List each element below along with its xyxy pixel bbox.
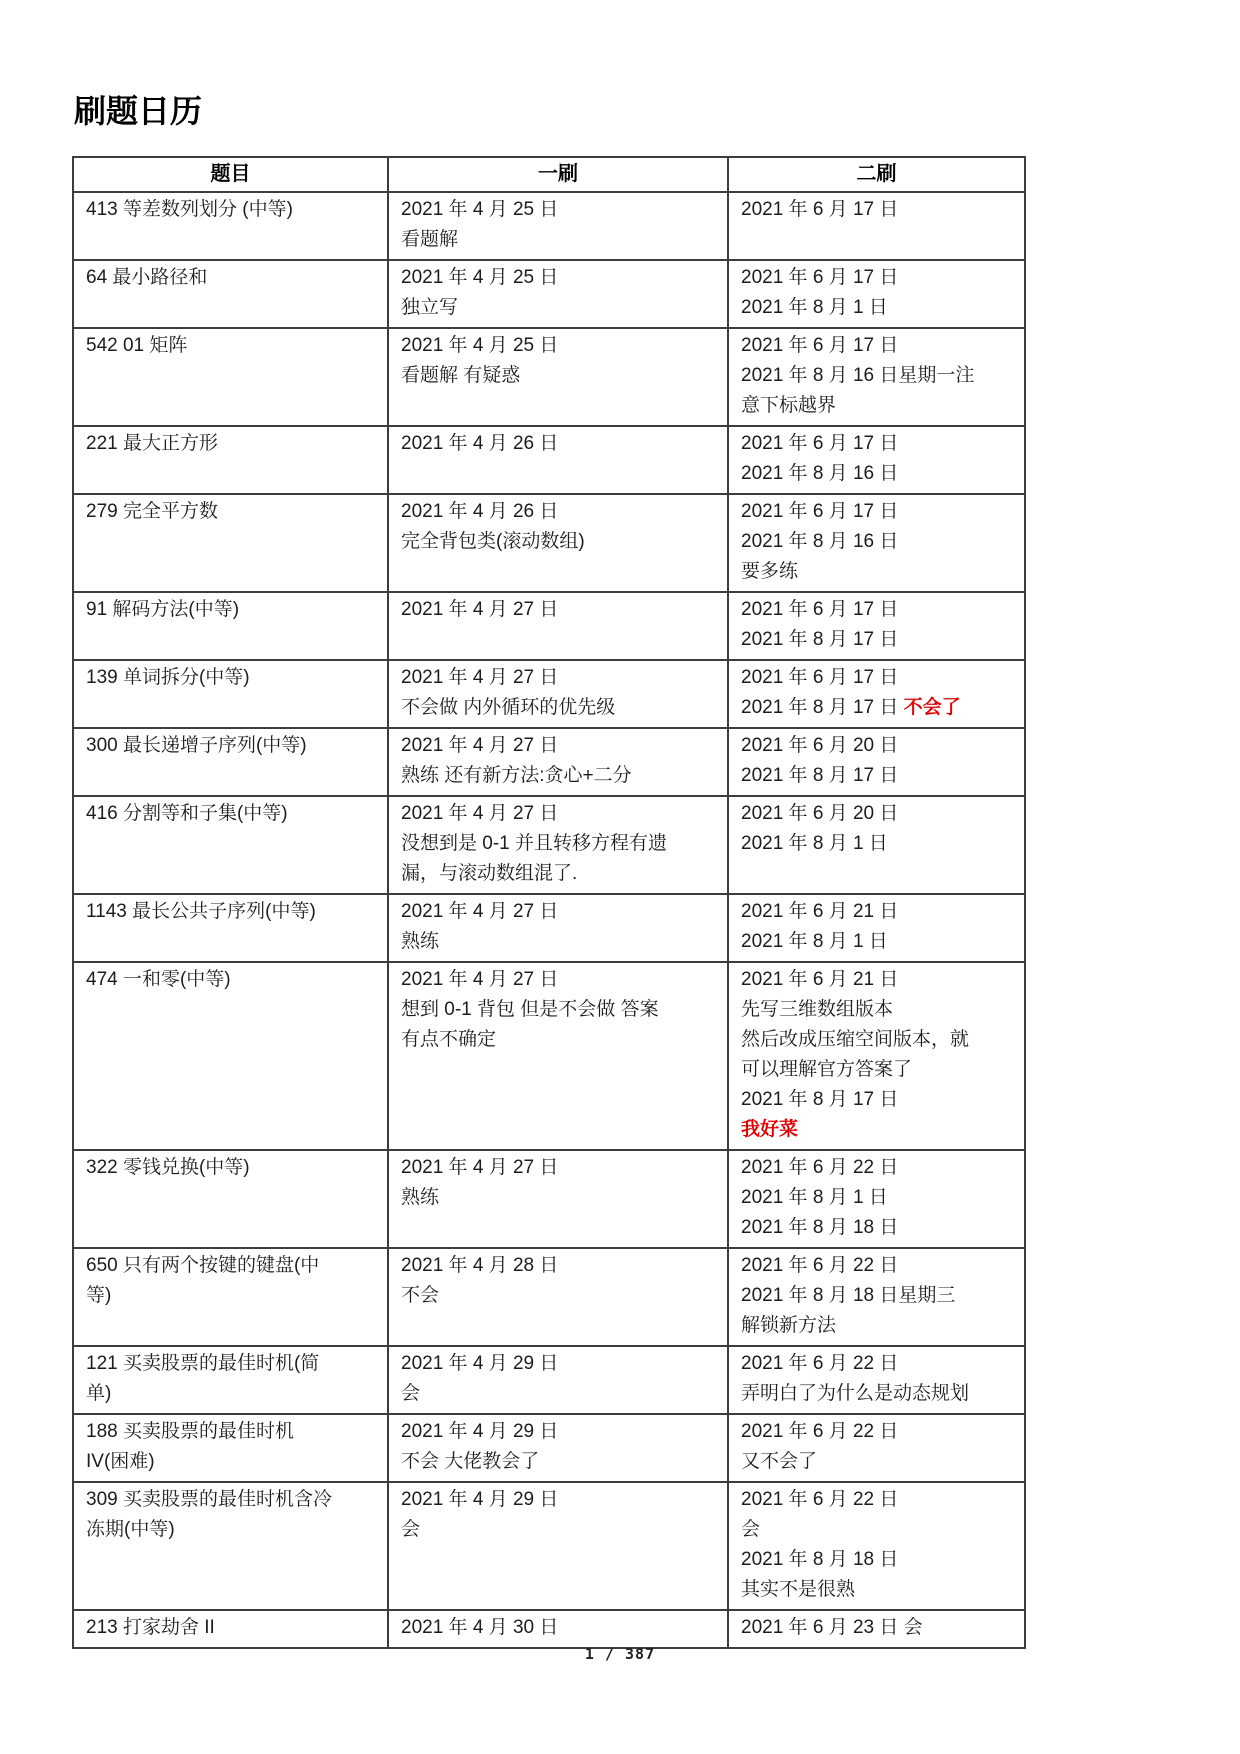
table-row: 91 解码方法(中等)2021 年 4 月 27 日2021 年 6 月 17 … (73, 592, 1025, 660)
table-row: 121 买卖股票的最佳时机(简单)2021 年 4 月 29 日会2021 年 … (73, 1346, 1025, 1414)
cell-text: 其实不是很熟 (741, 1579, 855, 1600)
cell-text: 2021 年 8 月 17 日 (741, 765, 898, 786)
cell-line: 2021 年 8 月 16 日 (741, 459, 1016, 489)
topic-cell: 91 解码方法(中等) (73, 592, 388, 660)
page-number: 1 / 387 (0, 1645, 1240, 1663)
cell-text: 解锁新方法 (741, 1315, 836, 1336)
cell-text: 熟练 (401, 1187, 439, 1208)
second-pass-cell: 2021 年 6 月 22 日会2021 年 8 月 18 日其实不是很熟 (728, 1482, 1025, 1610)
cell-text: IV(困难) (86, 1451, 155, 1472)
cell-line: 2021 年 8 月 17 日 (741, 1085, 1016, 1115)
cell-line: 独立写 (401, 293, 719, 323)
cell-line: 熟练 (401, 1183, 719, 1213)
cell-text: 2021 年 6 月 17 日 (741, 599, 898, 620)
highlight-text: 我好菜 (741, 1119, 798, 1140)
cell-text: 不会做 内外循环的优先级 (401, 697, 615, 718)
cell-line: 2021 年 4 月 28 日 (401, 1251, 719, 1281)
cell-text: 650 只有两个按键的键盘(中 (86, 1255, 319, 1276)
cell-text: 188 买卖股票的最佳时机 (86, 1421, 294, 1442)
page-title: 刷题日历 (74, 86, 1240, 132)
cell-text: 2021 年 6 月 17 日 (741, 267, 898, 288)
cell-text: 91 解码方法(中等) (86, 599, 239, 620)
cell-line: 看题解 (401, 225, 719, 255)
cell-line: 2021 年 4 月 27 日 (401, 897, 719, 927)
cell-line: 2021 年 4 月 27 日 (401, 663, 719, 693)
cell-text: 2021 年 4 月 26 日 (401, 433, 558, 454)
cell-text: 221 最大正方形 (86, 433, 218, 454)
table-row: 322 零钱兑换(中等)2021 年 4 月 27 日熟练2021 年 6 月 … (73, 1150, 1025, 1248)
cell-text: 有点不确定 (401, 1029, 496, 1050)
cell-text: 2021 年 8 月 16 日 (741, 463, 898, 484)
cell-line: 会 (401, 1515, 719, 1545)
cell-text: 2021 年 4 月 27 日 (401, 735, 558, 756)
topic-cell: 300 最长递增子序列(中等) (73, 728, 388, 796)
cell-line: 2021 年 8 月 17 日 (741, 625, 1016, 655)
table-row: 309 买卖股票的最佳时机含冷冻期(中等)2021 年 4 月 29 日会202… (73, 1482, 1025, 1610)
cell-text: 不会 (401, 1285, 439, 1306)
cell-line: 2021 年 6 月 17 日 (741, 497, 1016, 527)
cell-line: 2021 年 8 月 1 日 (741, 927, 1016, 957)
column-header-topic: 题目 (73, 157, 388, 192)
table-row: 139 单词拆分(中等)2021 年 4 月 27 日不会做 内外循环的优先级2… (73, 660, 1025, 728)
cell-text: 2021 年 4 月 30 日 (401, 1617, 558, 1638)
first-pass-cell: 2021 年 4 月 27 日熟练 (388, 894, 728, 962)
second-pass-cell: 2021 年 6 月 17 日 (728, 192, 1025, 260)
table-row: 188 买卖股票的最佳时机IV(困难)2021 年 4 月 29 日不会 大佬教… (73, 1414, 1025, 1482)
cell-text: 看题解 有疑惑 (401, 365, 520, 386)
cell-line: 213 打家劫舍 II (86, 1613, 379, 1643)
cell-line: 2021 年 8 月 17 日 (741, 761, 1016, 791)
cell-line: 2021 年 6 月 22 日 (741, 1349, 1016, 1379)
topic-cell: 1143 最长公共子序列(中等) (73, 894, 388, 962)
cell-text: 474 一和零(中等) (86, 969, 231, 990)
second-pass-cell: 2021 年 6 月 21 日先写三维数组版本然后改成压缩空间版本，就可以理解官… (728, 962, 1025, 1150)
cell-line: 2021 年 4 月 25 日 (401, 195, 719, 225)
cell-text: 1143 最长公共子序列(中等) (86, 901, 316, 922)
cell-line: 有点不确定 (401, 1025, 719, 1055)
cell-text: 300 最长递增子序列(中等) (86, 735, 307, 756)
cell-text: 等) (86, 1285, 111, 1306)
cell-line: 413 等差数列划分 (中等) (86, 195, 379, 225)
table-row: 416 分割等和子集(中等)2021 年 4 月 27 日没想到是 0-1 并且… (73, 796, 1025, 894)
cell-text: 2021 年 4 月 27 日 (401, 969, 558, 990)
first-pass-cell: 2021 年 4 月 26 日 (388, 426, 728, 494)
second-pass-cell: 2021 年 6 月 23 日 会 (728, 1610, 1025, 1648)
cell-text: 2021 年 6 月 17 日 (741, 501, 898, 522)
cell-text: 2021 年 8 月 16 日 (741, 531, 898, 552)
first-pass-cell: 2021 年 4 月 27 日熟练 还有新方法:贪心+二分 (388, 728, 728, 796)
first-pass-cell: 2021 年 4 月 26 日完全背包类(滚动数组) (388, 494, 728, 592)
topic-cell: 64 最小路径和 (73, 260, 388, 328)
cell-text: 会 (401, 1383, 420, 1404)
cell-line: 322 零钱兑换(中等) (86, 1153, 379, 1183)
cell-line: 416 分割等和子集(中等) (86, 799, 379, 829)
second-pass-cell: 2021 年 6 月 17 日2021 年 8 月 17 日 不会了 (728, 660, 1025, 728)
cell-line: 要多练 (741, 557, 1016, 587)
cell-text: 2021 年 4 月 26 日 (401, 501, 558, 522)
cell-line: 2021 年 6 月 17 日 (741, 331, 1016, 361)
second-pass-cell: 2021 年 6 月 22 日弄明白了为什么是动态规划 (728, 1346, 1025, 1414)
cell-text: 2021 年 8 月 1 日 (741, 833, 888, 854)
cell-line: 2021 年 6 月 17 日 (741, 263, 1016, 293)
cell-text: 2021 年 6 月 17 日 (741, 667, 898, 688)
cell-line: 等) (86, 1281, 379, 1311)
table-header-row: 题目 一刷 二刷 (73, 157, 1025, 192)
cell-text: 2021 年 4 月 28 日 (401, 1255, 558, 1276)
cell-line: 意下标越界 (741, 391, 1016, 421)
first-pass-cell: 2021 年 4 月 25 日独立写 (388, 260, 728, 328)
cell-line: 我好菜 (741, 1115, 1016, 1145)
cell-line: 2021 年 6 月 17 日 (741, 195, 1016, 225)
cell-text: 弄明白了为什么是动态规划 (741, 1383, 969, 1404)
cell-text: 2021 年 6 月 20 日 (741, 803, 898, 824)
cell-text: 漏，与滚动数组混了. (401, 863, 577, 884)
cell-text: 2021 年 6 月 22 日 (741, 1157, 898, 1178)
cell-line: 熟练 还有新方法:贪心+二分 (401, 761, 719, 791)
cell-text: 279 完全平方数 (86, 501, 218, 522)
cell-line: 不会做 内外循环的优先级 (401, 693, 719, 723)
cell-line: 279 完全平方数 (86, 497, 379, 527)
cell-text: 64 最小路径和 (86, 267, 207, 288)
cell-line: 2021 年 4 月 27 日 (401, 731, 719, 761)
second-pass-cell: 2021 年 6 月 22 日2021 年 8 月 1 日2021 年 8 月 … (728, 1150, 1025, 1248)
review-calendar-table: 题目 一刷 二刷 413 等差数列划分 (中等)2021 年 4 月 25 日看… (72, 156, 1026, 1649)
first-pass-cell: 2021 年 4 月 27 日 (388, 592, 728, 660)
cell-line: 2021 年 4 月 29 日 (401, 1349, 719, 1379)
cell-line: 2021 年 8 月 18 日星期三 (741, 1281, 1016, 1311)
cell-text: 熟练 还有新方法:贪心+二分 (401, 765, 632, 786)
topic-cell: 121 买卖股票的最佳时机(简单) (73, 1346, 388, 1414)
cell-text: 完全背包类(滚动数组) (401, 531, 585, 552)
topic-cell: 213 打家劫舍 II (73, 1610, 388, 1648)
topic-cell: 416 分割等和子集(中等) (73, 796, 388, 894)
cell-line: 2021 年 6 月 22 日 (741, 1251, 1016, 1281)
cell-text: 2021 年 8 月 18 日 (741, 1217, 898, 1238)
cell-text: 2021 年 4 月 27 日 (401, 667, 558, 688)
cell-line: 2021 年 6 月 22 日 (741, 1417, 1016, 1447)
cell-text: 2021 年 8 月 1 日 (741, 1187, 888, 1208)
first-pass-cell: 2021 年 4 月 27 日没想到是 0-1 并且转移方程有遗漏，与滚动数组混… (388, 796, 728, 894)
first-pass-cell: 2021 年 4 月 27 日想到 0-1 背包 但是不会做 答案有点不确定 (388, 962, 728, 1150)
cell-text: 熟练 (401, 931, 439, 952)
second-pass-cell: 2021 年 6 月 22 日又不会了 (728, 1414, 1025, 1482)
cell-line: 309 买卖股票的最佳时机含冷 (86, 1485, 379, 1515)
cell-line: 冻期(中等) (86, 1515, 379, 1545)
first-pass-cell: 2021 年 4 月 30 日 (388, 1610, 728, 1648)
cell-text: 会 (741, 1519, 760, 1540)
cell-line: 2021 年 8 月 18 日 (741, 1213, 1016, 1243)
cell-text: 2021 年 8 月 17 日 (741, 629, 898, 650)
table-row: 300 最长递增子序列(中等)2021 年 4 月 27 日熟练 还有新方法:贪… (73, 728, 1025, 796)
cell-line: 188 买卖股票的最佳时机 (86, 1417, 379, 1447)
cell-text: 要多练 (741, 561, 798, 582)
cell-line: 没想到是 0-1 并且转移方程有遗 (401, 829, 719, 859)
topic-cell: 139 单词拆分(中等) (73, 660, 388, 728)
cell-line: 会 (401, 1379, 719, 1409)
table-row: 650 只有两个按键的键盘(中等)2021 年 4 月 28 日不会2021 年… (73, 1248, 1025, 1346)
cell-text: 2021 年 6 月 23 日 会 (741, 1617, 923, 1638)
cell-text: 2021 年 6 月 22 日 (741, 1421, 898, 1442)
first-pass-cell: 2021 年 4 月 29 日会 (388, 1482, 728, 1610)
cell-line: 650 只有两个按键的键盘(中 (86, 1251, 379, 1281)
cell-line: 2021 年 6 月 23 日 会 (741, 1613, 1016, 1643)
cell-line: 2021 年 8 月 1 日 (741, 293, 1016, 323)
first-pass-cell: 2021 年 4 月 27 日熟练 (388, 1150, 728, 1248)
cell-line: 121 买卖股票的最佳时机(简 (86, 1349, 379, 1379)
topic-cell: 413 等差数列划分 (中等) (73, 192, 388, 260)
cell-text: 542 01 矩阵 (86, 335, 187, 356)
cell-line: 2021 年 6 月 20 日 (741, 799, 1016, 829)
cell-line: 139 单词拆分(中等) (86, 663, 379, 693)
second-pass-cell: 2021 年 6 月 22 日2021 年 8 月 18 日星期三解锁新方法 (728, 1248, 1025, 1346)
cell-text: 独立写 (401, 297, 458, 318)
topic-cell: 221 最大正方形 (73, 426, 388, 494)
column-header-first-pass: 一刷 (388, 157, 728, 192)
cell-line: 91 解码方法(中等) (86, 595, 379, 625)
cell-line: 2021 年 4 月 25 日 (401, 263, 719, 293)
first-pass-cell: 2021 年 4 月 29 日不会 大佬教会了 (388, 1414, 728, 1482)
cell-text: 想到 0-1 背包 但是不会做 答案 (401, 999, 659, 1020)
topic-cell: 309 买卖股票的最佳时机含冷冻期(中等) (73, 1482, 388, 1610)
cell-text: 2021 年 4 月 27 日 (401, 901, 558, 922)
cell-text: 309 买卖股票的最佳时机含冷 (86, 1489, 332, 1510)
cell-line: 不会 (401, 1281, 719, 1311)
cell-text: 然后改成压缩空间版本，就 (741, 1029, 969, 1050)
topic-cell: 542 01 矩阵 (73, 328, 388, 426)
cell-line: 542 01 矩阵 (86, 331, 379, 361)
cell-text: 121 买卖股票的最佳时机(简 (86, 1353, 319, 1374)
table-row: 1143 最长公共子序列(中等)2021 年 4 月 27 日熟练2021 年 … (73, 894, 1025, 962)
cell-text: 2021 年 4 月 29 日 (401, 1421, 558, 1442)
cell-line: 2021 年 6 月 17 日 (741, 663, 1016, 693)
cell-line: 2021 年 8 月 18 日 (741, 1545, 1016, 1575)
cell-text: 2021 年 8 月 1 日 (741, 297, 888, 318)
cell-text: 2021 年 6 月 17 日 (741, 199, 898, 220)
cell-line: 2021 年 8 月 16 日 (741, 527, 1016, 557)
topic-cell: 279 完全平方数 (73, 494, 388, 592)
cell-text: 139 单词拆分(中等) (86, 667, 250, 688)
cell-line: 解锁新方法 (741, 1311, 1016, 1341)
first-pass-cell: 2021 年 4 月 25 日看题解 (388, 192, 728, 260)
cell-text: 意下标越界 (741, 395, 836, 416)
cell-text: 2021 年 6 月 20 日 (741, 735, 898, 756)
first-pass-cell: 2021 年 4 月 25 日看题解 有疑惑 (388, 328, 728, 426)
second-pass-cell: 2021 年 6 月 17 日2021 年 8 月 16 日星期一注意下标越界 (728, 328, 1025, 426)
cell-line: 2021 年 8 月 1 日 (741, 829, 1016, 859)
cell-line: 2021 年 4 月 27 日 (401, 595, 719, 625)
cell-line: 221 最大正方形 (86, 429, 379, 459)
column-header-second-pass: 二刷 (728, 157, 1025, 192)
cell-text: 单) (86, 1383, 111, 1404)
cell-text: 2021 年 6 月 22 日 (741, 1489, 898, 1510)
cell-text: 2021 年 8 月 18 日 (741, 1549, 898, 1570)
cell-text: 没想到是 0-1 并且转移方程有遗 (401, 833, 667, 854)
cell-line: 2021 年 4 月 29 日 (401, 1485, 719, 1515)
cell-text: 413 等差数列划分 (中等) (86, 199, 293, 220)
cell-text: 2021 年 8 月 1 日 (741, 931, 888, 952)
table-row: 542 01 矩阵2021 年 4 月 25 日看题解 有疑惑2021 年 6 … (73, 328, 1025, 426)
cell-text: 213 打家劫舍 II (86, 1617, 215, 1638)
cell-text: 会 (401, 1519, 420, 1540)
cell-line: 2021 年 6 月 22 日 (741, 1153, 1016, 1183)
second-pass-cell: 2021 年 6 月 17 日2021 年 8 月 16 日 (728, 426, 1025, 494)
topic-cell: 474 一和零(中等) (73, 962, 388, 1150)
second-pass-cell: 2021 年 6 月 17 日2021 年 8 月 16 日要多练 (728, 494, 1025, 592)
cell-text: 2021 年 6 月 22 日 (741, 1353, 898, 1374)
cell-line: 474 一和零(中等) (86, 965, 379, 995)
cell-line: 2021 年 4 月 30 日 (401, 1613, 719, 1643)
cell-text: 322 零钱兑换(中等) (86, 1157, 250, 1178)
first-pass-cell: 2021 年 4 月 29 日会 (388, 1346, 728, 1414)
cell-line: 2021 年 4 月 27 日 (401, 965, 719, 995)
cell-text: 2021 年 8 月 18 日星期三 (741, 1285, 955, 1306)
second-pass-cell: 2021 年 6 月 20 日2021 年 8 月 1 日 (728, 796, 1025, 894)
cell-text: 又不会了 (741, 1451, 817, 1472)
cell-text: 2021 年 6 月 21 日 (741, 901, 898, 922)
cell-line: 2021 年 6 月 22 日 (741, 1485, 1016, 1515)
cell-line: 2021 年 6 月 21 日 (741, 897, 1016, 927)
highlight-text: 不会了 (904, 697, 961, 718)
topic-cell: 650 只有两个按键的键盘(中等) (73, 1248, 388, 1346)
cell-text: 2021 年 4 月 25 日 (401, 267, 558, 288)
second-pass-cell: 2021 年 6 月 17 日2021 年 8 月 17 日 (728, 592, 1025, 660)
cell-line: 又不会了 (741, 1447, 1016, 1477)
cell-line: 2021 年 4 月 26 日 (401, 497, 719, 527)
cell-line: 看题解 有疑惑 (401, 361, 719, 391)
cell-line: 单) (86, 1379, 379, 1409)
cell-text: 冻期(中等) (86, 1519, 175, 1540)
cell-text: 2021 年 4 月 29 日 (401, 1489, 558, 1510)
cell-text: 2021 年 6 月 17 日 (741, 335, 898, 356)
cell-text: 2021 年 6 月 22 日 (741, 1255, 898, 1276)
second-pass-cell: 2021 年 6 月 20 日2021 年 8 月 17 日 (728, 728, 1025, 796)
cell-text: 2021 年 6 月 21 日 (741, 969, 898, 990)
cell-text: 可以理解官方答案了 (741, 1059, 912, 1080)
cell-text: 不会 大佬教会了 (401, 1451, 539, 1472)
cell-line: 想到 0-1 背包 但是不会做 答案 (401, 995, 719, 1025)
document-page: 刷题日历 题目 一刷 二刷 413 等差数列划分 (中等)2021 年 4 月 … (0, 0, 1240, 1649)
cell-line: 2021 年 6 月 20 日 (741, 731, 1016, 761)
cell-line: 2021 年 6 月 21 日 (741, 965, 1016, 995)
cell-text: 2021 年 4 月 27 日 (401, 803, 558, 824)
cell-line: 2021 年 4 月 27 日 (401, 799, 719, 829)
table-row: 221 最大正方形2021 年 4 月 26 日2021 年 6 月 17 日2… (73, 426, 1025, 494)
cell-line: 2021 年 4 月 27 日 (401, 1153, 719, 1183)
cell-line: 2021 年 8 月 17 日 不会了 (741, 693, 1016, 723)
cell-line: 熟练 (401, 927, 719, 957)
first-pass-cell: 2021 年 4 月 28 日不会 (388, 1248, 728, 1346)
table-row: 474 一和零(中等)2021 年 4 月 27 日想到 0-1 背包 但是不会… (73, 962, 1025, 1150)
topic-cell: 188 买卖股票的最佳时机IV(困难) (73, 1414, 388, 1482)
second-pass-cell: 2021 年 6 月 21 日2021 年 8 月 1 日 (728, 894, 1025, 962)
cell-text: 2021 年 4 月 25 日 (401, 335, 558, 356)
cell-line: 300 最长递增子序列(中等) (86, 731, 379, 761)
cell-text: 2021 年 4 月 27 日 (401, 599, 558, 620)
cell-line: IV(困难) (86, 1447, 379, 1477)
cell-text: 2021 年 4 月 25 日 (401, 199, 558, 220)
first-pass-cell: 2021 年 4 月 27 日不会做 内外循环的优先级 (388, 660, 728, 728)
cell-line: 可以理解官方答案了 (741, 1055, 1016, 1085)
cell-line: 2021 年 4 月 26 日 (401, 429, 719, 459)
cell-text: 2021 年 4 月 29 日 (401, 1353, 558, 1374)
cell-line: 然后改成压缩空间版本，就 (741, 1025, 1016, 1055)
cell-line: 64 最小路径和 (86, 263, 379, 293)
cell-text: 2021 年 4 月 27 日 (401, 1157, 558, 1178)
cell-line: 先写三维数组版本 (741, 995, 1016, 1025)
cell-line: 1143 最长公共子序列(中等) (86, 897, 379, 927)
cell-text: 2021 年 8 月 17 日 (741, 1089, 898, 1110)
cell-line: 其实不是很熟 (741, 1575, 1016, 1605)
cell-line: 2021 年 6 月 17 日 (741, 429, 1016, 459)
second-pass-cell: 2021 年 6 月 17 日2021 年 8 月 1 日 (728, 260, 1025, 328)
cell-line: 2021 年 6 月 17 日 (741, 595, 1016, 625)
cell-line: 会 (741, 1515, 1016, 1545)
table-row: 279 完全平方数2021 年 4 月 26 日完全背包类(滚动数组)2021 … (73, 494, 1025, 592)
cell-text: 2021 年 8 月 17 日 (741, 697, 904, 718)
cell-line: 2021 年 8 月 1 日 (741, 1183, 1016, 1213)
cell-text: 看题解 (401, 229, 458, 250)
cell-text: 先写三维数组版本 (741, 999, 893, 1020)
cell-line: 2021 年 4 月 25 日 (401, 331, 719, 361)
cell-line: 不会 大佬教会了 (401, 1447, 719, 1477)
cell-line: 漏，与滚动数组混了. (401, 859, 719, 889)
table-row: 213 打家劫舍 II2021 年 4 月 30 日2021 年 6 月 23 … (73, 1610, 1025, 1648)
cell-text: 2021 年 6 月 17 日 (741, 433, 898, 454)
cell-line: 弄明白了为什么是动态规划 (741, 1379, 1016, 1409)
cell-text: 2021 年 8 月 16 日星期一注 (741, 365, 974, 386)
table-row: 413 等差数列划分 (中等)2021 年 4 月 25 日看题解2021 年 … (73, 192, 1025, 260)
cell-text: 416 分割等和子集(中等) (86, 803, 288, 824)
table-row: 64 最小路径和2021 年 4 月 25 日独立写2021 年 6 月 17 … (73, 260, 1025, 328)
cell-line: 完全背包类(滚动数组) (401, 527, 719, 557)
cell-line: 2021 年 4 月 29 日 (401, 1417, 719, 1447)
topic-cell: 322 零钱兑换(中等) (73, 1150, 388, 1248)
cell-line: 2021 年 8 月 16 日星期一注 (741, 361, 1016, 391)
